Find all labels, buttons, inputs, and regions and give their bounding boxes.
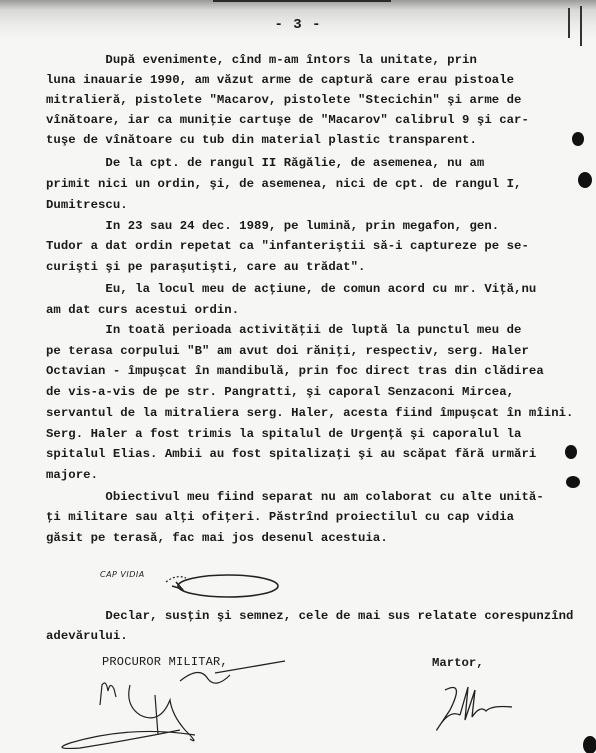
ink-blot [566, 476, 580, 488]
page-number: - 3 - [0, 17, 596, 33]
document-line: Serg. Haler a fost trimis la spitalul de… [46, 427, 521, 441]
ink-blot [583, 736, 596, 753]
document-line: am dat curs acestui ordin. [46, 303, 239, 317]
edge-mark [568, 8, 570, 38]
ink-blot [578, 172, 592, 188]
document-line: adevărului. [46, 629, 128, 643]
projectile-sketch-icon [158, 560, 298, 600]
sketch-label: CAP VIDIA [100, 570, 145, 579]
document-line: servantul de la mitraliera serg. Haler, … [46, 406, 573, 420]
edge-mark [580, 6, 582, 46]
document-line: Obiectivul meu fiind separat nu am colab… [46, 490, 544, 504]
document-line: de vis-a-vis de pe str. Pangratti, şi ca… [46, 385, 514, 399]
ink-blot [572, 132, 584, 146]
document-line: In toată perioada activităţii de luptă l… [46, 323, 521, 337]
document-line: Dumitrescu. [46, 198, 128, 212]
ink-blot [565, 445, 577, 459]
document-line: tuşe de vînătoare cu tub din material pl… [46, 133, 477, 147]
document-line: vînătoare, iar ca muniţie cartuşe de "Ma… [46, 113, 529, 127]
document-line: primit nici un ordin, şi, de asemenea, n… [46, 177, 521, 191]
document-line: Octavian - împuşcat în mandibulă, prin f… [46, 364, 544, 378]
document-line: După evenimente, cînd m-am întors la uni… [46, 53, 477, 67]
document-line: Eu, la locul meu de acţiune, de comun ac… [46, 282, 536, 296]
document-line: pe terasa corpului "B" am avut doi răniţ… [46, 344, 529, 358]
document-line: curişti şi pe paraşutişti, care au trăda… [46, 260, 365, 274]
document-line: In 23 sau 24 dec. 1989, pe lumină, prin … [46, 219, 499, 233]
document-line: spitalul Elias. Ambii au fost spitalizaţ… [46, 447, 536, 461]
document-line: ţi militare sau alţi ofiţeri. Păstrînd p… [46, 510, 514, 524]
document-line: luna inauarie 1990, am văzut arme de cap… [46, 73, 514, 87]
prosecutor-signature-icon [30, 655, 300, 753]
witness-signature-icon [420, 675, 520, 745]
document-line: mitralieră, pistolete "Macarov, pistolet… [46, 93, 521, 107]
document-line: Declar, susţin şi semnez, cele de mai su… [46, 609, 573, 623]
document-line: De la cpt. de rangul II Răgălie, de asem… [46, 156, 484, 170]
witness-title: Martor, [432, 656, 484, 670]
document-line: majore. [46, 468, 98, 482]
document-line: Tudor a dat ordin repetat ca "infanteriş… [46, 239, 529, 253]
scanned-document-page: - 3 - După evenimente, cînd m-am întors … [0, 0, 596, 753]
top-edge-bar [213, 0, 391, 2]
document-line: găsit pe terasă, fac mai jos desenul ace… [46, 531, 388, 545]
